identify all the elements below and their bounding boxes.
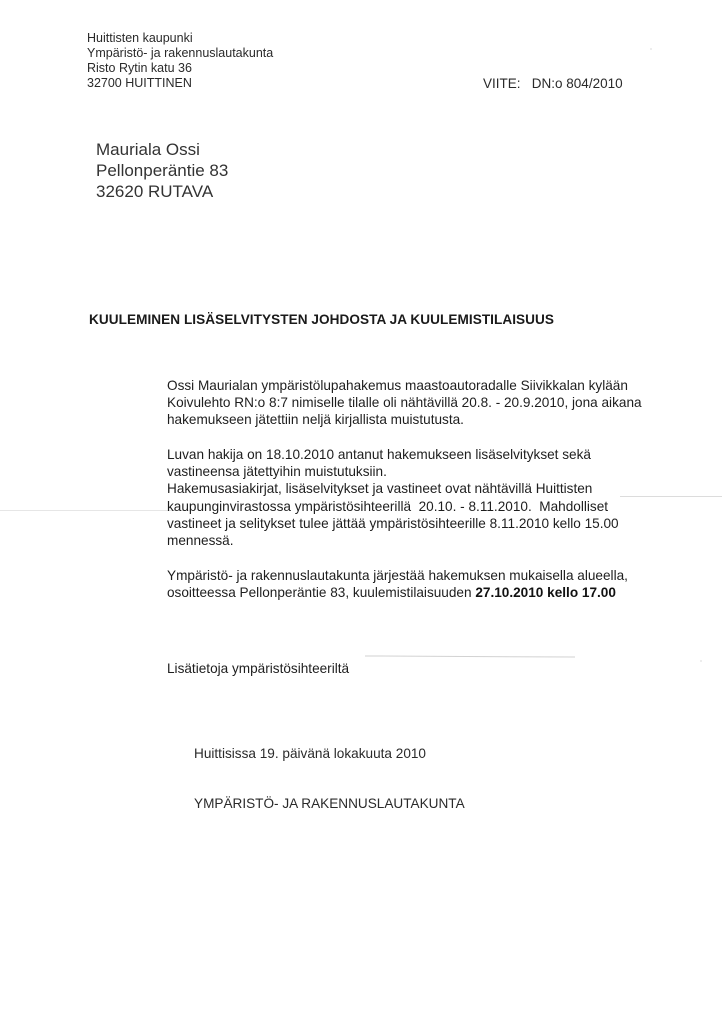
paragraph-application: Ossi Maurialan ympäristölupahakemus maas… [167,377,642,429]
paragraph-line: Luvan hakija on 18.10.2010 antanut hakem… [167,446,619,463]
sender-line: 32700 HUITTINEN [87,76,273,91]
paragraph-hearing-event: Ympäristö- ja rakennuslautakunta järjest… [167,567,628,601]
reference-label: VIITE: [483,76,521,91]
paragraph-line: vastineet ja selitykset tulee jättää ymp… [167,515,619,532]
document-title: KUULEMINEN LISÄSELVITYSTEN JOHDOSTA JA K… [89,312,554,327]
sender-address: Huittisten kaupunki Ympäristö- ja rakenn… [87,31,273,91]
sender-line: Huittisten kaupunki [87,31,273,46]
paragraph-line: osoitteessa Pellonperäntie 83, kuulemist… [167,584,628,601]
paragraph-line: Ympäristö- ja rakennuslautakunta järjest… [167,567,628,584]
hearing-datetime: 27.10.2010 kello 17.00 [475,585,616,600]
paragraph-line: Lisätietoja ympäristösihteeriltä [167,660,349,677]
paragraph-line: Koivulehto RN:o 8:7 nimiselle tilalle ol… [167,394,642,411]
sender-line: Risto Rytin katu 36 [87,61,273,76]
paragraph-line: kaupunginvirastossa ympäristösihteerillä… [167,498,619,515]
paragraph-more-info: Lisätietoja ympäristösihteeriltä [167,660,349,677]
recipient-line: Pellonperäntie 83 [96,160,228,181]
paragraph-additional-reports: Luvan hakija on 18.10.2010 antanut hakem… [167,446,619,549]
paragraph-line: hakemukseen jätettiin neljä kirjallista … [167,411,642,428]
paragraph-line: mennessä. [167,532,619,549]
scan-speck [650,48,652,50]
scan-artifact-line [620,496,722,497]
reference-value: DN:o 804/2010 [532,76,623,91]
signature-block: YMPÄRISTÖ- JA RAKENNUSLAUTAKUNTA [194,796,465,811]
paragraph-line: vastineensa jätettyihin muistutuksiin. [167,463,619,480]
reference-number: VIITE: DN:o 804/2010 [483,76,623,91]
recipient-line: Mauriala Ossi [96,139,228,160]
sender-line: Ympäristö- ja rakennuslautakunta [87,46,273,61]
recipient-address: Mauriala Ossi Pellonperäntie 83 32620 RU… [96,139,228,202]
recipient-line: 32620 RUTAVA [96,181,228,202]
scan-artifact-line [0,510,190,511]
date-line: Huittisissa 19. päivänä lokakuuta 2010 [194,746,426,761]
paragraph-line: Hakemusasiakirjat, lisäselvitykset ja va… [167,480,619,497]
hearing-address-text: osoitteessa Pellonperäntie 83, kuulemist… [167,585,475,600]
scan-speck [700,660,702,662]
scan-artifact-line [365,655,575,657]
paragraph-line: Ossi Maurialan ympäristölupahakemus maas… [167,377,642,394]
